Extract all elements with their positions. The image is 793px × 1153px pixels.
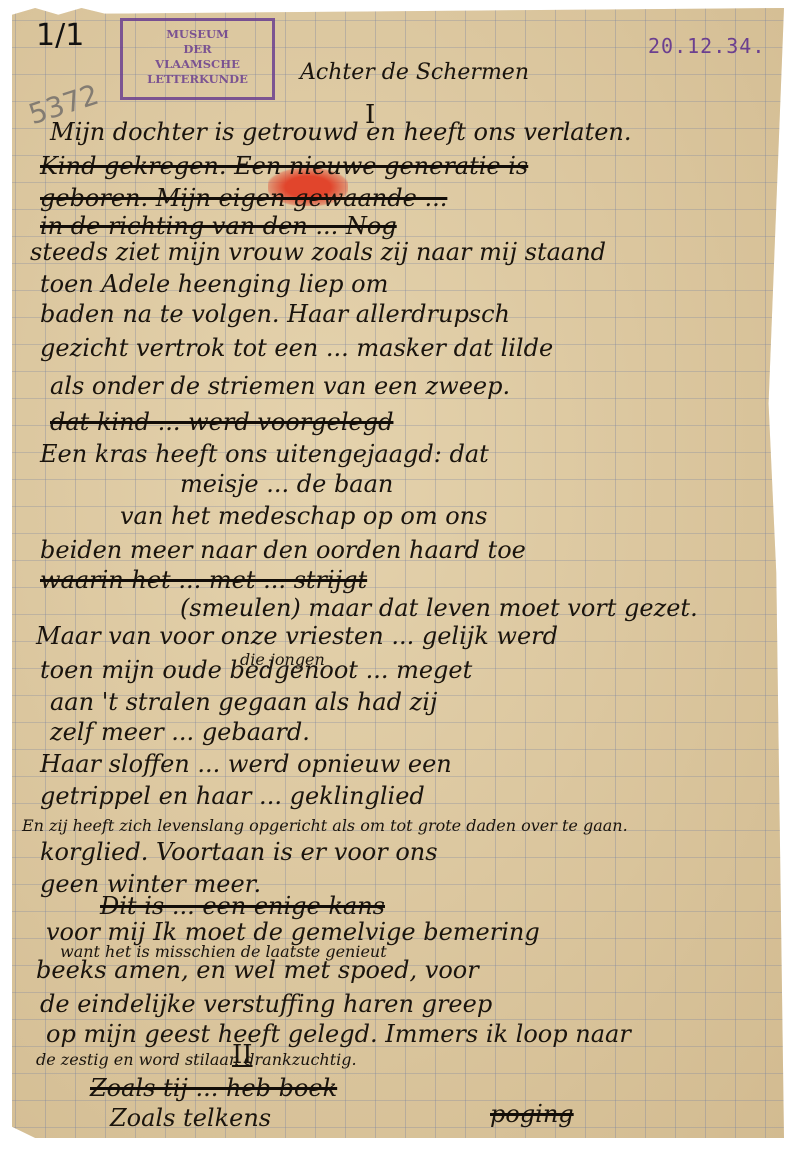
date-stamp: 20.12.34. (648, 34, 765, 58)
manuscript-line: Zoals telkens (110, 1104, 271, 1132)
manuscript-line: Maar van voor onze vriesten ... gelijk w… (36, 622, 558, 650)
manuscript-line: korglied. Voortaan is er voor ons (40, 838, 438, 866)
stamp-line: VLAAMSCHE (123, 57, 272, 72)
manuscript-line: dat kind ... werd voorgelegd (50, 408, 393, 436)
manuscript-line: Mijn dochter is getrouwd en heeft ons ve… (50, 118, 632, 146)
manuscript-line: (smeulen) maar dat leven moet vort gezet… (180, 594, 698, 622)
manuscript-line: beeks amen, en wel met spoed, voor (36, 956, 479, 984)
manuscript-line: getrippel en haar ... geklinglied (40, 782, 425, 810)
manuscript-line: Dit is ... een enige kans (100, 892, 385, 920)
manuscript-line: Haar sloffen ... werd opnieuw een (40, 750, 452, 778)
corner-mark: 1/1 (36, 18, 84, 53)
manuscript-line: geboren. Mijn eigen gewaande ... (40, 184, 447, 212)
manuscript-line: zelf meer ... gebaard. (50, 718, 310, 746)
manuscript-line: Kind gekregen. Een nieuwe generatie is (40, 152, 528, 180)
section-heading-2: II (232, 1040, 253, 1070)
manuscript-line: steeds ziet mijn vrouw zoals zij naar mi… (30, 238, 606, 266)
manuscript-line: gezicht vertrok tot een ... masker dat l… (40, 334, 553, 362)
stamp-line: LETTERKUNDE (123, 72, 272, 87)
manuscript-line: aan 't stralen gegaan als had zij (50, 688, 437, 716)
manuscript-line: toen mijn oude bedgenoot ... meget (40, 656, 472, 684)
manuscript-line: waarin het ... met ... strijgt (40, 566, 367, 594)
manuscript-line: baden na te volgen. Haar allerdrupsch (40, 300, 510, 328)
manuscript-insertion: En zij heeft zich levenslang opgericht a… (22, 816, 628, 835)
manuscript-line: op mijn geest heeft gelegd. Immers ik lo… (46, 1020, 631, 1048)
museum-stamp: MUSEUM DER VLAAMSCHE LETTERKUNDE (120, 18, 275, 100)
manuscript-line: meisje ... de baan (180, 470, 393, 498)
manuscript-line: toen Adele heenging liep om (40, 270, 388, 298)
manuscript-line: de eindelijke verstuffing haren greep (40, 990, 492, 1018)
manuscript-line: Zoals tij ... heb boek (90, 1074, 337, 1102)
manuscript-line: beiden meer naar den oorden haard toe (40, 536, 526, 564)
stamp-line: MUSEUM (123, 27, 272, 42)
manuscript-line: in de richting van den ... Nog (40, 212, 397, 240)
page-title: Achter de Schermen (300, 60, 529, 85)
manuscript-line: de zestig en word stilaan drankzuchtig. (36, 1050, 357, 1069)
stamp-line: DER (123, 42, 272, 57)
manuscript-line: poging (490, 1100, 574, 1128)
manuscript-line: van het medeschap op om ons (120, 502, 487, 530)
manuscript-line: Een kras heeft ons uitengejaagd: dat (40, 440, 489, 468)
manuscript-line: als onder de striemen van een zweep. (50, 372, 510, 400)
